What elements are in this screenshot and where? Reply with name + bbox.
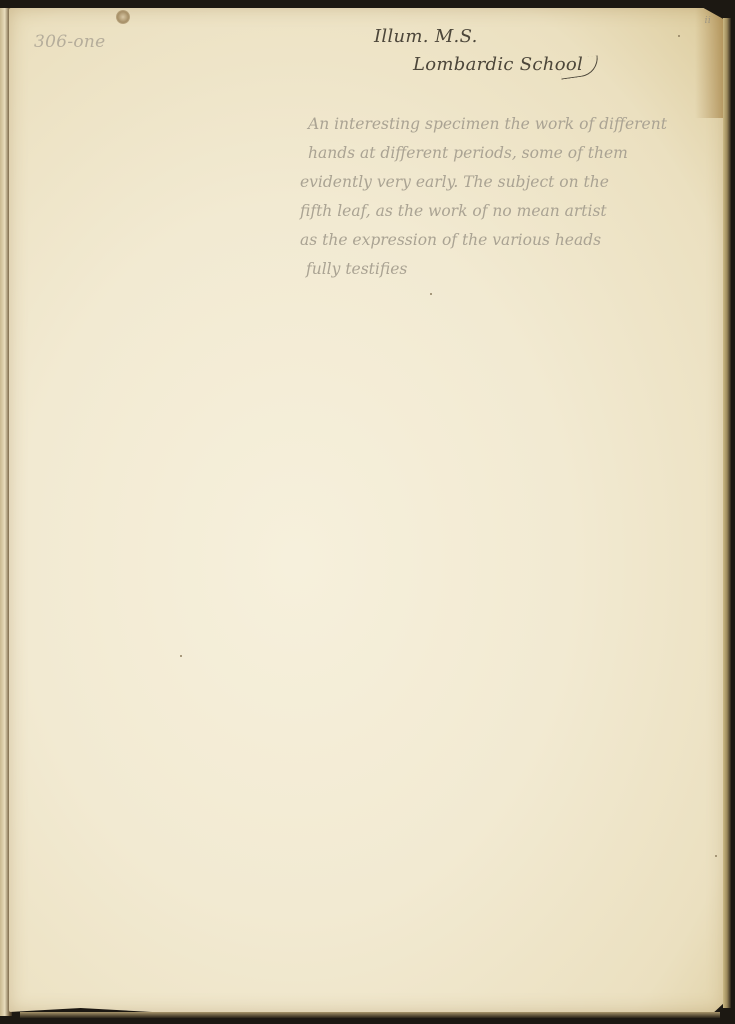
note-line: An interesting specimen the work of diff…: [300, 110, 670, 139]
note-line: as the expression of the various heads: [300, 226, 670, 255]
heading-line-2: Lombardic School: [413, 54, 583, 75]
heading-line-1: Illum. M.S.: [374, 26, 478, 47]
paper-speck: [715, 855, 717, 857]
paper-speck: [180, 655, 182, 657]
manuscript-scan: 306-one ii Illum. M.S. Lombardic School …: [0, 0, 735, 1024]
page-fore-edge: [723, 18, 731, 1008]
page-bottom-edge: [20, 1012, 720, 1018]
note-line: evidently very early. The subject on the: [300, 168, 670, 197]
paper-speck: [430, 293, 432, 295]
pencil-note: An interesting specimen the work of diff…: [300, 110, 670, 284]
note-line: fully testifies: [300, 255, 670, 284]
shelfmark-annotation: 306-one: [34, 32, 106, 52]
paper-speck: [678, 35, 680, 37]
note-line: fifth leaf, as the work of no mean artis…: [300, 197, 670, 226]
foxing-stain: [116, 10, 130, 24]
note-line: hands at different periods, some of them: [300, 139, 670, 168]
folio-number: ii: [705, 16, 711, 26]
